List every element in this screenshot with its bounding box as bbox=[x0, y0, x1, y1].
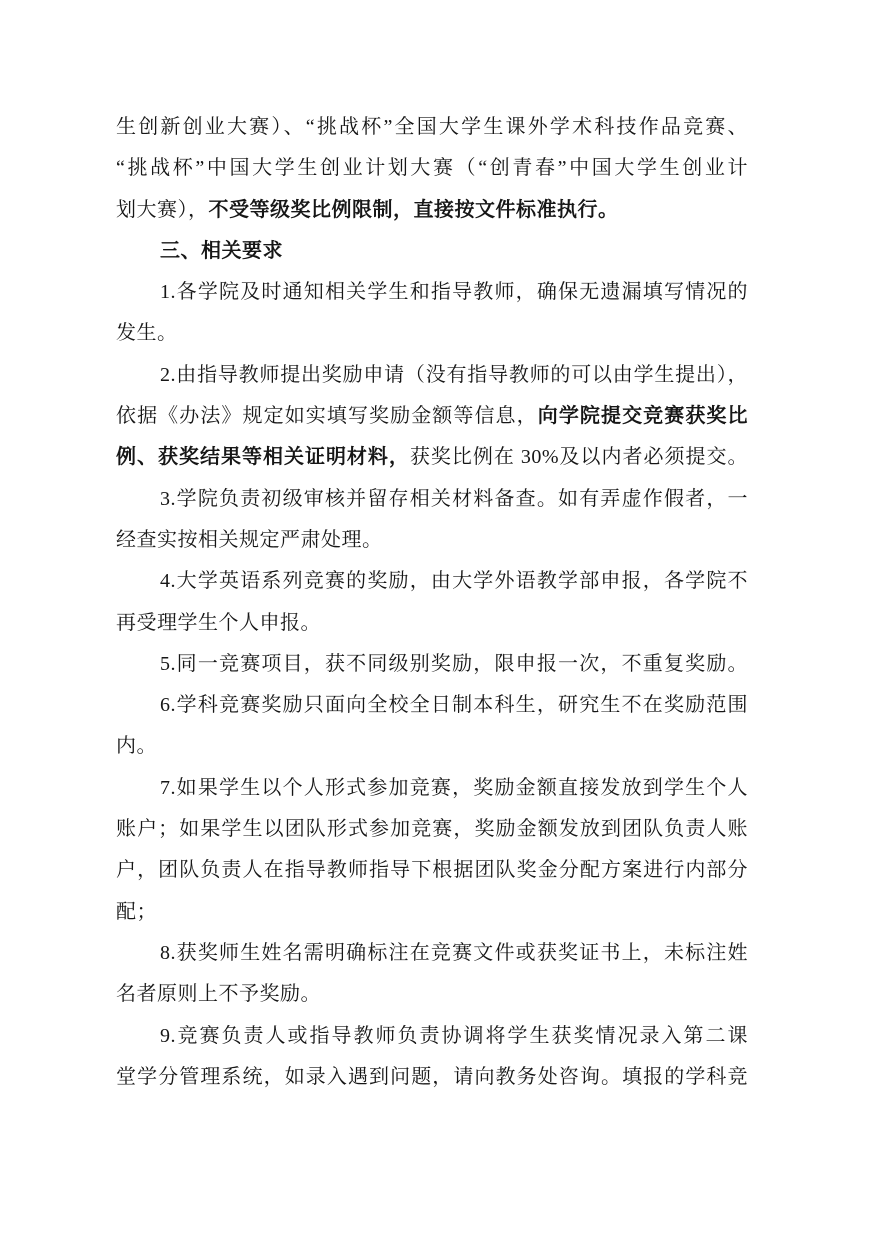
text-line: 7.如果学生以个人形式参加竞赛，奖励金额直接发放到学生个人 bbox=[116, 768, 748, 809]
text-run: 8.获奖师生姓名需明确标注在竞赛文件或获奖证书上，未标注姓 bbox=[160, 942, 748, 964]
text-line: 1.各学院及时通知相关学生和指导教师，确保无遗漏填写情况的 bbox=[116, 272, 748, 313]
text-line: 再受理学生个人申报。 bbox=[116, 603, 748, 644]
text-run: 划大赛）， bbox=[116, 199, 209, 221]
text-run: 堂学分管理系统，如录入遇到问题，请向教务处咨询。填报的学科竞 bbox=[116, 1066, 748, 1088]
text-line: 2.由指导教师提出奖励申请（没有指导教师的可以由学生提出）， bbox=[116, 355, 748, 396]
text-run: 5.同一竞赛项目，获不同级别奖励，限申报一次，不重复奖励。 bbox=[160, 653, 748, 675]
document-page: 生创新创业大赛）、“挑战杯”全国大学生课外学术科技作品竞赛、“挑战杯”中国大学生… bbox=[0, 0, 880, 1244]
text-run: 依据《办法》规定如实填写奖励金额等信息， bbox=[116, 405, 538, 427]
text-run: 账户；如果学生以团队形式参加竞赛，奖励金额发放到团队负责人账 bbox=[116, 818, 748, 840]
bold-text-run: 三、相关要求 bbox=[160, 240, 283, 262]
text-run: 户，团队负责人在指导教师指导下根据团队奖金分配方案进行内部分 bbox=[116, 859, 748, 881]
text-run: 6.学科竞赛奖励只面向全校全日制本科生，研究生不在奖励范围 bbox=[160, 694, 748, 716]
text-line: 经查实按相关规定严肃处理。 bbox=[116, 520, 748, 561]
text-line: 内。 bbox=[116, 726, 748, 767]
text-run: 3.学院负责初级审核并留存相关材料备查。如有弄虚作假者，一 bbox=[160, 488, 748, 510]
text-run: 配； bbox=[116, 901, 157, 923]
text-line: 名者原则上不予奖励。 bbox=[116, 974, 748, 1015]
text-line: “挑战杯”中国大学生创业计划大赛（“创青春”中国大学生创业计 bbox=[116, 148, 748, 189]
text-run: 内。 bbox=[116, 735, 157, 757]
text-line: 生创新创业大赛）、“挑战杯”全国大学生课外学术科技作品竞赛、 bbox=[116, 107, 748, 148]
text-line: 依据《办法》规定如实填写奖励金额等信息，向学院提交竞赛获奖比 bbox=[116, 396, 748, 437]
text-run: 发生。 bbox=[116, 322, 178, 344]
text-run: “挑战杯”中国大学生创业计划大赛（“创青春”中国大学生创业计 bbox=[116, 157, 748, 179]
text-line: 6.学科竞赛奖励只面向全校全日制本科生，研究生不在奖励范围 bbox=[116, 685, 748, 726]
text-line: 5.同一竞赛项目，获不同级别奖励，限申报一次，不重复奖励。 bbox=[116, 644, 748, 685]
text-line: 4.大学英语系列竞赛的奖励，由大学外语教学部申报，各学院不 bbox=[116, 561, 748, 602]
text-line: 划大赛），不受等级奖比例限制，直接按文件标准执行。 bbox=[116, 190, 748, 231]
text-line: 堂学分管理系统，如录入遇到问题，请向教务处咨询。填报的学科竞 bbox=[116, 1057, 748, 1098]
bold-text-run: 向学院提交竞赛获奖比 bbox=[538, 405, 748, 427]
text-run: 4.大学英语系列竞赛的奖励，由大学外语教学部申报，各学院不 bbox=[160, 570, 748, 592]
text-run: 9.竞赛负责人或指导教师负责协调将学生获奖情况录入第二课 bbox=[160, 1025, 748, 1047]
text-line: 8.获奖师生姓名需明确标注在竞赛文件或获奖证书上，未标注姓 bbox=[116, 933, 748, 974]
document-body: 生创新创业大赛）、“挑战杯”全国大学生课外学术科技作品竞赛、“挑战杯”中国大学生… bbox=[116, 107, 748, 1098]
text-line: 账户；如果学生以团队形式参加竞赛，奖励金额发放到团队负责人账 bbox=[116, 809, 748, 850]
text-line: 例、获奖结果等相关证明材料，获奖比例在 30%及以内者必须提交。 bbox=[116, 437, 748, 478]
text-run: 经查实按相关规定严肃处理。 bbox=[116, 529, 383, 551]
bold-text-run: 例、获奖结果等相关证明材料， bbox=[116, 446, 410, 468]
text-line: 3.学院负责初级审核并留存相关材料备查。如有弄虚作假者，一 bbox=[116, 479, 748, 520]
text-run: 1.各学院及时通知相关学生和指导教师，确保无遗漏填写情况的 bbox=[160, 281, 748, 303]
bold-text-run: 不受等级奖比例限制，直接按文件标准执行。 bbox=[209, 199, 619, 221]
section-heading: 三、相关要求 bbox=[116, 231, 748, 272]
text-run: 2.由指导教师提出奖励申请（没有指导教师的可以由学生提出）， bbox=[160, 364, 748, 386]
text-line: 9.竞赛负责人或指导教师负责协调将学生获奖情况录入第二课 bbox=[116, 1016, 748, 1057]
text-line: 配； bbox=[116, 892, 748, 933]
text-run: 7.如果学生以个人形式参加竞赛，奖励金额直接发放到学生个人 bbox=[160, 777, 748, 799]
text-line: 发生。 bbox=[116, 313, 748, 354]
text-run: 获奖比例在 30%及以内者必须提交。 bbox=[410, 446, 748, 468]
text-run: 名者原则上不予奖励。 bbox=[116, 983, 321, 1005]
text-run: 再受理学生个人申报。 bbox=[116, 612, 321, 634]
text-run: 生创新创业大赛）、“挑战杯”全国大学生课外学术科技作品竞赛、 bbox=[116, 116, 748, 138]
text-line: 户，团队负责人在指导教师指导下根据团队奖金分配方案进行内部分 bbox=[116, 850, 748, 891]
